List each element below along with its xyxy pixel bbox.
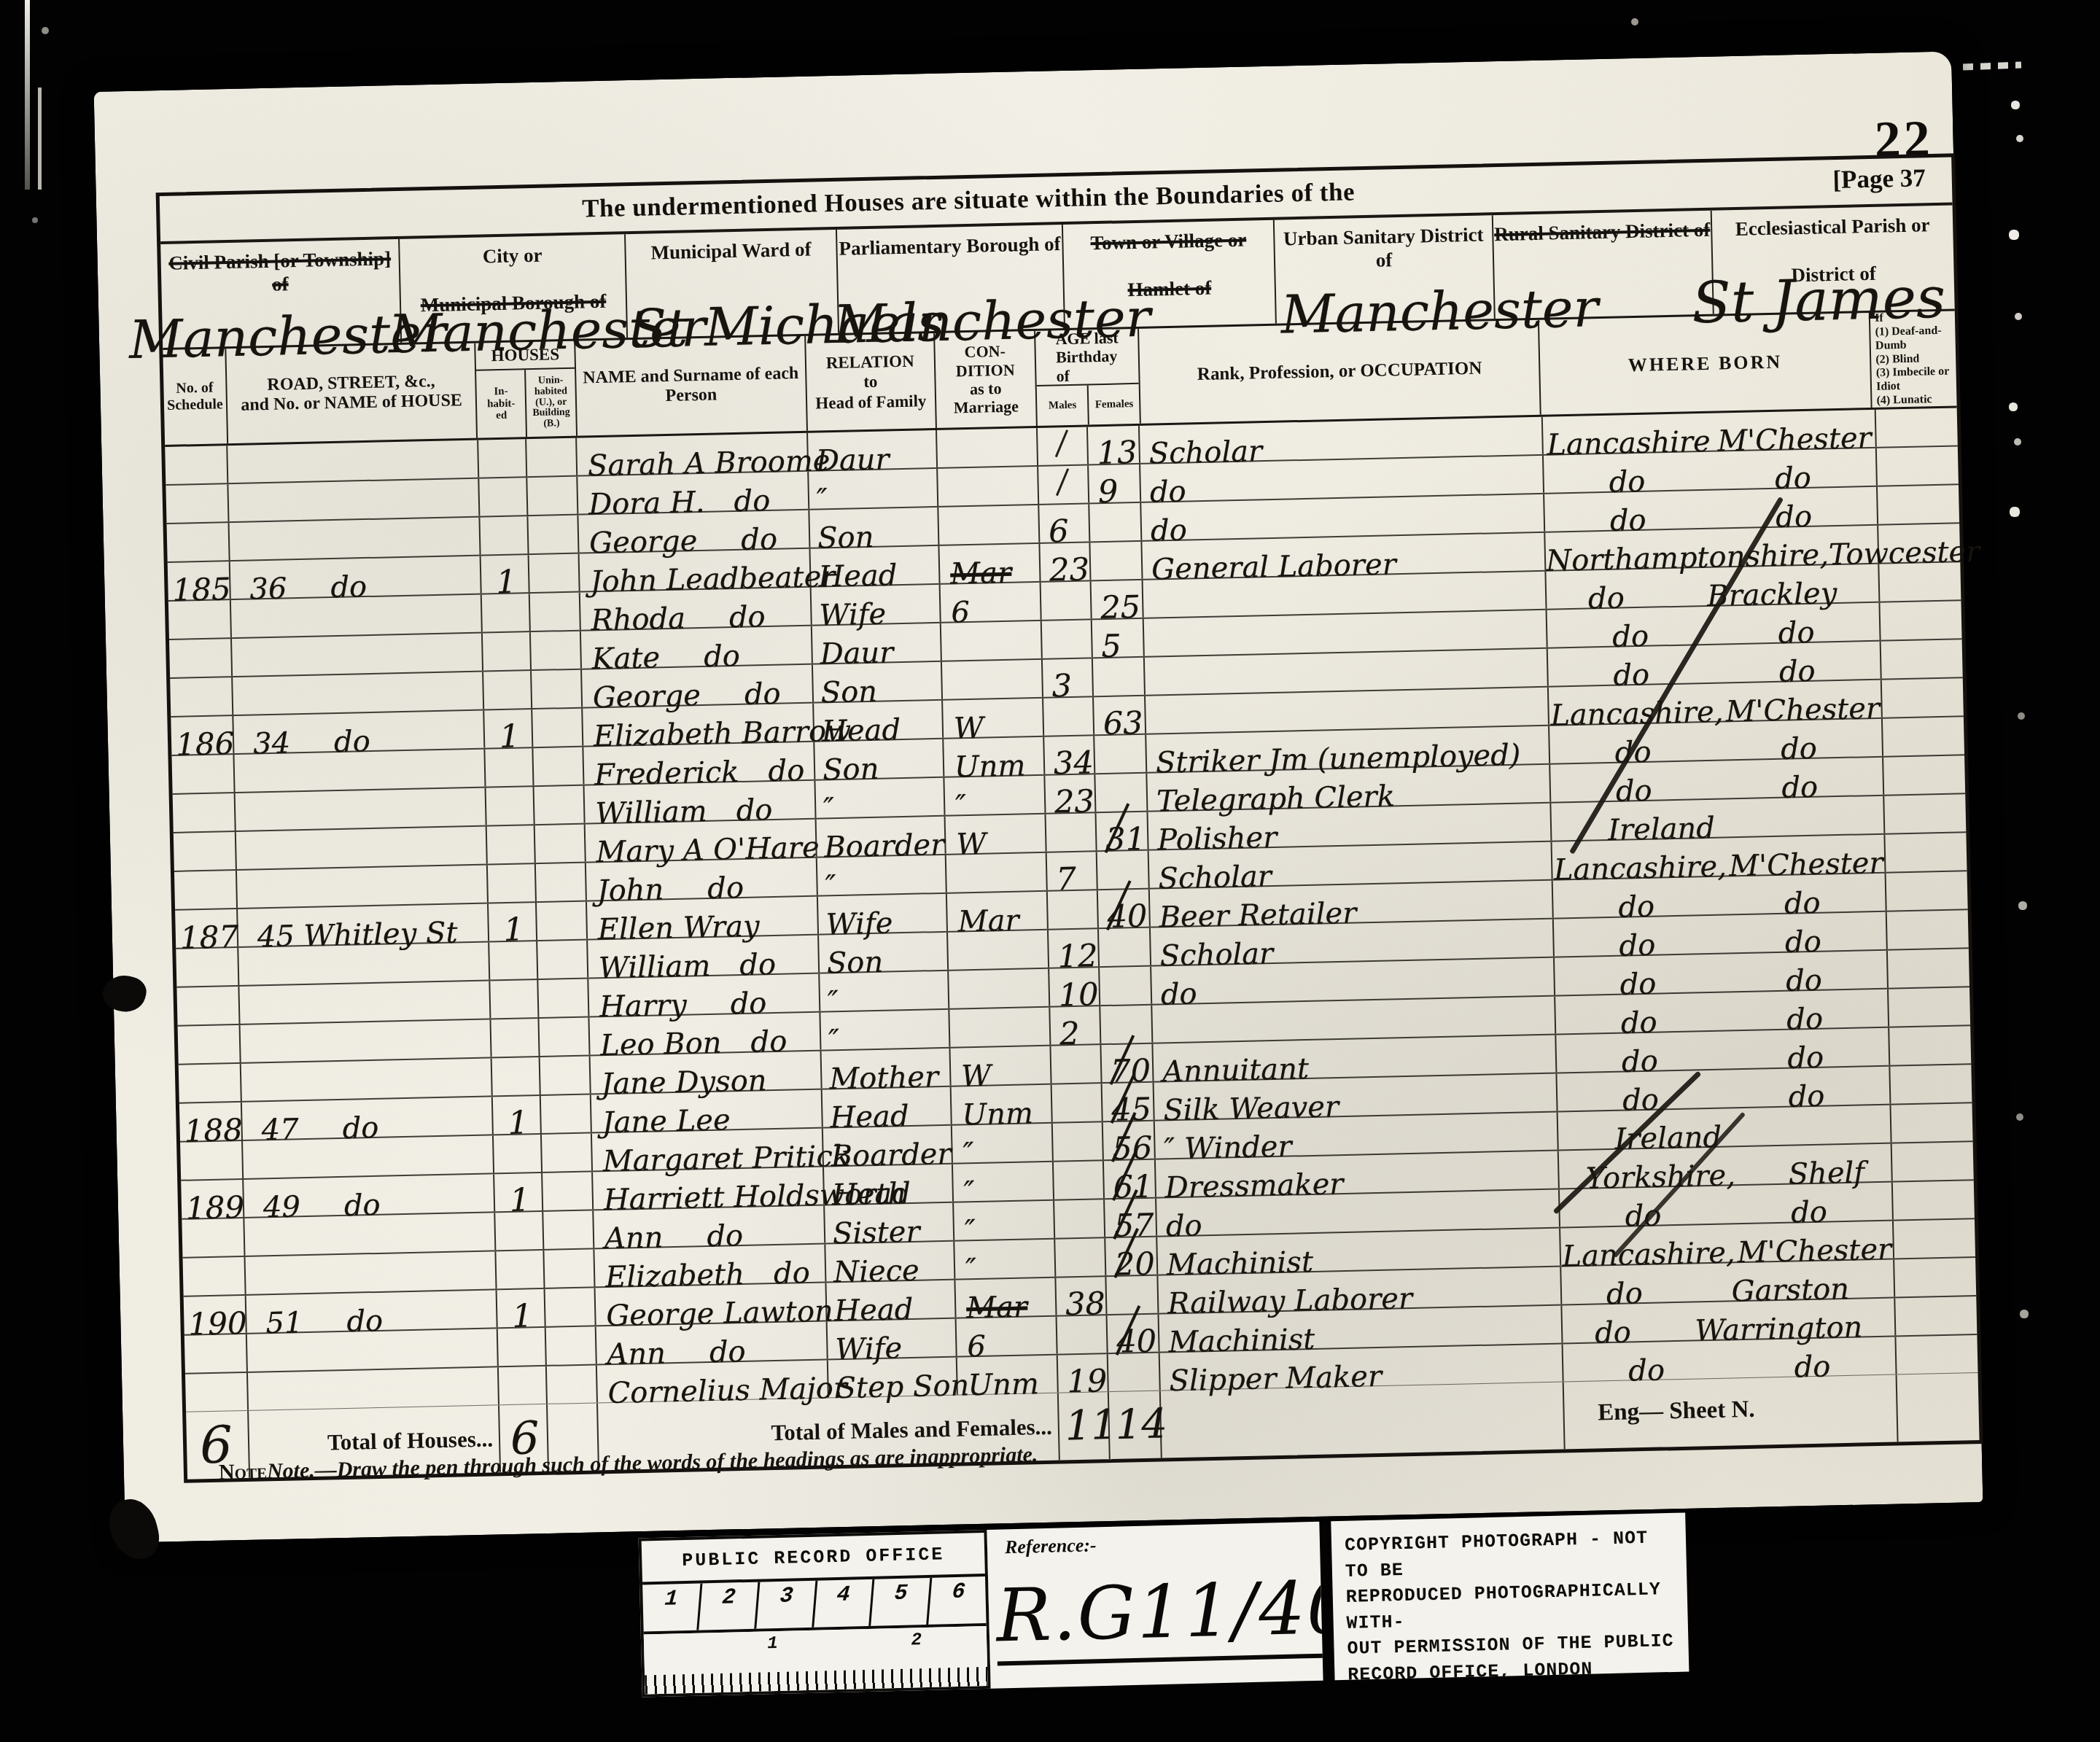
cell-age-female: 63 bbox=[1094, 696, 1146, 735]
cell-uninhabited bbox=[532, 709, 583, 747]
born-county: do bbox=[1618, 894, 1654, 921]
born-county: do bbox=[1588, 585, 1625, 612]
totals-males-cell: 11 bbox=[1059, 1392, 1111, 1460]
cell-condition bbox=[938, 467, 1039, 506]
cell-schedule bbox=[169, 639, 233, 677]
cell-age-male bbox=[1038, 427, 1089, 464]
person-name: William do bbox=[585, 797, 773, 828]
cell-relation: ″ bbox=[820, 1010, 950, 1050]
age-female-value: 13 bbox=[1088, 439, 1137, 468]
cell-schedule: 189 bbox=[181, 1180, 244, 1218]
cell-schedule: 186 bbox=[171, 716, 234, 755]
relation-value: Wife bbox=[828, 1335, 902, 1363]
born-town: do bbox=[1785, 929, 1821, 956]
relation-value: ″ bbox=[809, 486, 828, 513]
cell-road bbox=[227, 440, 479, 483]
district-ecclesiastical: Ecclesiastical Parish or District of St … bbox=[1712, 205, 1955, 314]
person-name: George do bbox=[579, 526, 778, 557]
cell-uninhabited bbox=[529, 554, 580, 592]
cell-age-female bbox=[1095, 774, 1148, 812]
occupation-value: do bbox=[1152, 981, 1197, 1008]
person-name: Jane Lee bbox=[591, 1107, 731, 1136]
cell-inhabited bbox=[478, 439, 527, 477]
age-female-value: 57 bbox=[1105, 1212, 1154, 1241]
film-dots bbox=[0, 0, 3, 3]
ruler-number: 6 bbox=[928, 1576, 987, 1625]
cell-inhabited bbox=[491, 1019, 540, 1057]
born-town: do bbox=[1791, 1199, 1827, 1226]
cell-condition bbox=[942, 660, 1043, 699]
ink-blot bbox=[104, 1494, 164, 1564]
cell-relation: Daur bbox=[808, 430, 938, 470]
occupation-value: General Laborer bbox=[1143, 551, 1396, 583]
occupation-value: Scholar bbox=[1149, 863, 1272, 893]
cell-schedule: 185 bbox=[168, 561, 231, 600]
cell-inhabited bbox=[488, 864, 537, 902]
schedule-number: 185 bbox=[168, 575, 231, 604]
district-label: Civil Parish [or Township] of bbox=[168, 247, 391, 295]
cell-inhabited bbox=[480, 516, 529, 554]
cell-schedule bbox=[174, 832, 237, 871]
occupation-value: Dressmaker bbox=[1156, 1171, 1343, 1202]
cell-occupation bbox=[1144, 610, 1548, 656]
cell-uninhabited bbox=[531, 631, 582, 669]
cell-schedule bbox=[174, 871, 238, 909]
cell-where-born: dodo bbox=[1556, 1028, 1890, 1073]
occupation-value: Railway Laborer bbox=[1159, 1286, 1413, 1318]
cell-where-born: dodo bbox=[1544, 487, 1878, 532]
cell-road bbox=[237, 865, 489, 907]
cell-inhabited bbox=[487, 825, 536, 863]
cell-schedule bbox=[165, 446, 228, 484]
person-name: Ellen Wray bbox=[587, 913, 760, 943]
born-town: Brackley bbox=[1707, 580, 1837, 610]
born-county: do bbox=[1614, 739, 1651, 766]
person-name: Leo Bon do bbox=[590, 1029, 787, 1059]
condition-value: ″ bbox=[953, 1179, 975, 1206]
cell-schedule: 190 bbox=[184, 1296, 247, 1334]
cell-uninhabited bbox=[540, 1056, 591, 1094]
cell-uninhabited bbox=[538, 979, 589, 1017]
born-county: do bbox=[1620, 1010, 1657, 1037]
cell-age-female bbox=[1100, 967, 1152, 1006]
cell-disabilities bbox=[1889, 1026, 1971, 1065]
cell-inhabited: 1 bbox=[484, 709, 533, 747]
age-female-value: 61 bbox=[1104, 1173, 1154, 1202]
age-female-value: 9 bbox=[1089, 478, 1118, 508]
schedule-number: 188 bbox=[179, 1116, 243, 1146]
schedule-number: 186 bbox=[171, 730, 235, 759]
condition-value: Mar bbox=[956, 1294, 1028, 1321]
age-female-value: 31 bbox=[1097, 825, 1146, 855]
cell-disabilities bbox=[1878, 485, 1959, 524]
cell-condition: Mar bbox=[939, 544, 1041, 583]
relation-value: Head bbox=[827, 1296, 914, 1325]
cell-where-born: dodo bbox=[1550, 758, 1884, 802]
cell-road bbox=[241, 1019, 492, 1062]
cell-road bbox=[236, 827, 488, 869]
cell-uninhabited bbox=[527, 477, 578, 515]
col-uninhabited: Unin- habited (U.), or Building (B.) bbox=[526, 369, 576, 437]
born-county: Ireland bbox=[1614, 1124, 1722, 1153]
cell-road bbox=[241, 1058, 493, 1100]
reference-area: Reference:- R.G11/4001. bbox=[987, 1522, 1323, 1689]
relation-value: Son bbox=[813, 679, 877, 707]
cell-disabilities bbox=[1889, 987, 1970, 1026]
cell-disabilities bbox=[1888, 949, 1969, 987]
born-town: M'Chester bbox=[1737, 1237, 1891, 1267]
ruler-number: 4 bbox=[814, 1579, 875, 1628]
cell-schedule bbox=[178, 1025, 241, 1064]
cell-uninhabited bbox=[533, 747, 584, 785]
cell-where-born: Northamptonshire,Towcester bbox=[1545, 526, 1879, 570]
cell-inhabited: 1 bbox=[493, 1096, 542, 1134]
age-female-value: 5 bbox=[1092, 633, 1121, 662]
relation-value: Wife bbox=[812, 602, 886, 629]
cell-schedule: 188 bbox=[179, 1103, 243, 1141]
cell-road: 45 Whitley St bbox=[238, 903, 489, 946]
occupation-value: Slipper Maker bbox=[1160, 1364, 1382, 1395]
age-male-value: 2 bbox=[1051, 1020, 1080, 1049]
cell-uninhabited bbox=[526, 438, 577, 476]
age-male-value: 19 bbox=[1058, 1367, 1108, 1396]
ink-blot bbox=[99, 970, 150, 1017]
cell-uninhabited bbox=[537, 902, 588, 940]
cell-disabilities bbox=[1881, 639, 1963, 678]
born-town: Garston bbox=[1731, 1276, 1849, 1305]
person-name: Ann do bbox=[596, 1339, 746, 1368]
cell-age-male bbox=[1052, 1084, 1103, 1121]
cell-occupation: Annuitant bbox=[1153, 1035, 1557, 1081]
age-male-value: 23 bbox=[1041, 556, 1090, 586]
condition-value: Mar bbox=[940, 560, 1012, 588]
cell-inhabited: 1 bbox=[497, 1289, 546, 1327]
cell-occupation bbox=[1145, 649, 1549, 695]
condition-value: Unm bbox=[957, 1371, 1039, 1399]
cell-condition bbox=[937, 428, 1038, 467]
film-edge-artifact bbox=[25, 0, 30, 190]
cell-occupation: Scholar bbox=[1140, 417, 1544, 463]
cell-disabilities bbox=[1895, 1296, 1977, 1335]
cell-condition bbox=[938, 505, 1040, 545]
occupation-value: Machinist bbox=[1158, 1249, 1314, 1279]
copyright-line: COPYRIGHT PHOTOGRAPH - NOT TO BE bbox=[1345, 1525, 1676, 1584]
district-urban-sanitary: Urban Sanitary District of Manchester bbox=[1275, 215, 1496, 324]
relation-value: ″ bbox=[821, 1027, 840, 1054]
cell-age-female: 40 bbox=[1098, 890, 1151, 928]
cell-schedule: 187 bbox=[175, 909, 238, 948]
cell-inhabited bbox=[486, 787, 535, 825]
born-county: do bbox=[1622, 1049, 1658, 1076]
born-town: Warrington bbox=[1695, 1315, 1863, 1345]
born-county: Lancashire bbox=[1547, 429, 1711, 459]
person-name: George Lawton bbox=[596, 1298, 833, 1329]
cell-inhabited: 1 bbox=[494, 1173, 543, 1211]
relation-value: ″ bbox=[820, 989, 839, 1016]
person-name: Elizabeth do bbox=[595, 1260, 810, 1291]
cell-where-born: Lancashire,M'Chester bbox=[1552, 835, 1886, 879]
age-female-value: 20 bbox=[1106, 1251, 1156, 1280]
cell-age-male bbox=[1042, 620, 1093, 658]
district-label: Ecclesiastical Parish or bbox=[1735, 214, 1930, 240]
cell-inhabited: 1 bbox=[481, 555, 530, 593]
cell-relation: Mother bbox=[822, 1049, 952, 1089]
cell-age-female bbox=[1090, 542, 1143, 580]
cell-inhabited bbox=[483, 632, 532, 670]
cell-where-born: dodo bbox=[1554, 912, 1888, 957]
cell-disabilities bbox=[1886, 871, 1968, 910]
cell-condition: W bbox=[943, 699, 1044, 738]
cell-condition: W bbox=[950, 1046, 1051, 1086]
total-houses-label: Total of Houses... bbox=[249, 1426, 499, 1457]
district-label: Urban Sanitary District of bbox=[1283, 224, 1484, 272]
cell-inhabited bbox=[490, 980, 539, 1018]
cell-disabilities bbox=[1894, 1258, 1976, 1296]
born-town: M'Chester bbox=[1717, 425, 1872, 455]
cell-road bbox=[248, 1367, 499, 1409]
person-name: George do bbox=[583, 681, 782, 712]
person-name: Cornelius Major bbox=[597, 1375, 847, 1407]
reference-label: Reference:- bbox=[1005, 1534, 1097, 1558]
col-inhabited: In- habit- ed bbox=[476, 370, 527, 438]
public-record-office-stamp: PUBLIC RECORD OFFICE 1 2 3 4 5 6 1 2 bbox=[639, 1530, 991, 1698]
schedule-number: 190 bbox=[184, 1310, 247, 1339]
born-county: do bbox=[1619, 933, 1655, 960]
cell-age-male: 7 bbox=[1047, 852, 1098, 890]
age-male-value: 23 bbox=[1046, 788, 1095, 817]
cell-uninhabited bbox=[543, 1210, 594, 1248]
cell-schedule bbox=[185, 1373, 249, 1412]
born-town: M'Chester bbox=[1729, 850, 1883, 880]
cell-age-female: 40 bbox=[1108, 1315, 1160, 1353]
cell-where-born: dodo bbox=[1557, 1067, 1891, 1111]
occupation-value: Beer Retailer bbox=[1150, 901, 1356, 931]
condition-value: Unm bbox=[952, 1100, 1033, 1128]
cell-age-male bbox=[1055, 1238, 1106, 1276]
cell-age-male: 12 bbox=[1049, 929, 1100, 967]
cell-condition: Mar bbox=[947, 892, 1049, 931]
page-number-label: [Page 37 bbox=[1832, 163, 1926, 195]
born-town: do bbox=[1786, 1006, 1823, 1033]
born-town: do bbox=[1779, 658, 1816, 685]
relation-value: Boarder bbox=[817, 832, 945, 861]
cell-occupation: Striker Jm (unemployed) bbox=[1146, 726, 1550, 772]
cell-disabilities bbox=[1882, 678, 1964, 717]
relation-value: ″ bbox=[816, 796, 835, 823]
born-town: do bbox=[1781, 774, 1818, 801]
born-county: do bbox=[1606, 1280, 1643, 1307]
condition-value: ″ bbox=[954, 1218, 976, 1245]
cell-age-female: 13 bbox=[1088, 426, 1140, 464]
cell-road: 36 do bbox=[230, 556, 482, 599]
born-county: do bbox=[1616, 778, 1652, 805]
cell-age-male bbox=[1054, 1199, 1105, 1237]
occupation-value: do bbox=[1142, 517, 1187, 544]
cell-relation: Son bbox=[809, 508, 939, 548]
cell-uninhabited bbox=[534, 786, 586, 824]
cell-condition bbox=[949, 969, 1050, 1008]
relation-value: Sister bbox=[825, 1219, 920, 1248]
cell-age-female: 31 bbox=[1097, 812, 1149, 851]
cell-disabilities bbox=[1876, 408, 1958, 446]
cell-occupation: General Laborer bbox=[1142, 533, 1546, 579]
ruler-lower-number: 2 bbox=[911, 1630, 922, 1650]
film-edge-artifact bbox=[38, 88, 42, 190]
road-value: 45 Whitley St bbox=[238, 919, 458, 951]
ruler-ticks: 1 2 bbox=[644, 1626, 988, 1694]
inhabited-value: 1 bbox=[485, 723, 521, 753]
totals-females-cell: 14 bbox=[1109, 1391, 1162, 1460]
road-value: 49 do bbox=[244, 1192, 381, 1221]
cell-disabilities bbox=[1893, 1181, 1975, 1219]
cell-disabilities bbox=[1890, 1065, 1972, 1103]
born-county: do bbox=[1625, 1203, 1661, 1230]
born-county: do bbox=[1612, 623, 1649, 650]
ruler-scale: 1 2 3 4 5 6 bbox=[642, 1576, 987, 1634]
age-female-value: 70 bbox=[1102, 1057, 1151, 1086]
cell-inhabited: 1 bbox=[489, 903, 537, 941]
cell-road bbox=[239, 981, 491, 1023]
inhabited-value: 1 bbox=[494, 1186, 530, 1216]
occupation-value: Scholar bbox=[1140, 438, 1262, 467]
ruler-lower-number: 1 bbox=[767, 1634, 778, 1654]
age-female-value: 40 bbox=[1098, 903, 1148, 932]
totals-disabilities-cell bbox=[1897, 1373, 1980, 1442]
cell-disabilities bbox=[1891, 1103, 1972, 1142]
person-name: John Leadbeater bbox=[580, 564, 836, 596]
age-female-value: 56 bbox=[1103, 1135, 1153, 1164]
cell-age-female: 25 bbox=[1092, 580, 1144, 619]
cell-uninhabited bbox=[537, 941, 588, 979]
census-scan: 22 The undermentioned Houses are situate… bbox=[0, 0, 2100, 1742]
person-name: Margaret Pritick bbox=[592, 1143, 850, 1175]
census-page: 22 The undermentioned Houses are situate… bbox=[94, 51, 1983, 1542]
born-county: Lancashire, bbox=[1550, 699, 1724, 728]
cell-age-male bbox=[1053, 1122, 1104, 1160]
district-parliamentary-borough: Parliamentary Borough of Manchester bbox=[837, 225, 1065, 333]
occupation-value: Scholar bbox=[1151, 941, 1273, 970]
person-name: William do bbox=[588, 952, 777, 982]
cell-uninhabited bbox=[535, 825, 586, 863]
born-county: do bbox=[1622, 1087, 1659, 1114]
census-sheet: The undermentioned Houses are situate wi… bbox=[156, 153, 1983, 1482]
cell-inhabited bbox=[492, 1057, 541, 1095]
cell-occupation bbox=[1146, 688, 1549, 734]
born-town: M'Chester bbox=[1725, 696, 1880, 726]
person-name: Harry do bbox=[589, 990, 767, 1020]
condition-value: W bbox=[946, 831, 987, 858]
born-town: do bbox=[1784, 890, 1820, 917]
road-value: 51 do bbox=[246, 1308, 383, 1337]
ruler-number: 5 bbox=[871, 1578, 933, 1626]
relation-value: Son bbox=[820, 949, 884, 977]
ruler-number: 1 bbox=[641, 1583, 702, 1631]
cell-disabilities bbox=[1892, 1142, 1974, 1181]
district-label: Parliamentary Borough of bbox=[839, 233, 1061, 260]
cell-disabilities bbox=[1885, 833, 1967, 871]
relation-value: ″ bbox=[817, 873, 836, 900]
person-name: Rhoda do bbox=[580, 604, 766, 634]
person-name: Mary A O'Hare bbox=[586, 835, 820, 866]
district-value: Manchester bbox=[1280, 281, 1599, 341]
age-female-value: 40 bbox=[1108, 1328, 1157, 1357]
born-county: Lancashire, bbox=[1554, 853, 1727, 883]
born-county: do bbox=[1609, 469, 1645, 496]
born-county: do bbox=[1609, 508, 1646, 534]
cell-occupation: do bbox=[1141, 494, 1545, 540]
road-value: 47 do bbox=[242, 1115, 378, 1144]
district-value: Manchester bbox=[833, 291, 1151, 350]
inhabited-value: 1 bbox=[497, 1302, 533, 1332]
born-town: do bbox=[1787, 1045, 1824, 1072]
cell-uninhabited bbox=[544, 1249, 595, 1287]
born-county: do bbox=[1613, 662, 1649, 689]
cell-where-born: Lancashire,M'Chester bbox=[1549, 680, 1883, 725]
cell-uninhabited bbox=[547, 1365, 598, 1403]
cell-disabilities bbox=[1887, 910, 1969, 949]
age-female-value: 63 bbox=[1094, 709, 1143, 739]
relation-value: Daur bbox=[808, 446, 890, 474]
cell-age-male: 3 bbox=[1043, 658, 1094, 696]
road-value: 36 do bbox=[230, 574, 367, 603]
cell-disabilities bbox=[1883, 717, 1964, 755]
cell-schedule bbox=[176, 987, 240, 1025]
born-town: do bbox=[1781, 736, 1817, 763]
cell-road bbox=[232, 634, 483, 676]
condition-value: 6 bbox=[941, 599, 970, 626]
born-town: do bbox=[1788, 1084, 1824, 1111]
person-name: Jane Dyson bbox=[591, 1068, 767, 1097]
age-female-value: 25 bbox=[1092, 594, 1141, 623]
cell-age-male: 34 bbox=[1044, 736, 1095, 774]
inhabited-value: 1 bbox=[493, 1109, 529, 1139]
cell-schedule bbox=[167, 523, 230, 561]
person-name: Kate do bbox=[581, 643, 740, 673]
age-male-value: 12 bbox=[1049, 943, 1098, 972]
born-county: Yorkshire, bbox=[1586, 1162, 1736, 1191]
cell-occupation: Machinist bbox=[1157, 1229, 1561, 1275]
born-county: do bbox=[1619, 971, 1656, 998]
relation-value: Daur bbox=[812, 639, 894, 667]
district-city-borough: City or Municipal Borough of Manchester bbox=[400, 234, 628, 343]
age-male-value: 7 bbox=[1047, 866, 1076, 895]
cell-inhabited bbox=[499, 1366, 548, 1404]
relation-value: Head bbox=[822, 1103, 909, 1132]
film-edge-dashes bbox=[1963, 62, 2021, 71]
copyright-stamp: COPYRIGHT PHOTOGRAPH - NOT TO BE REPRODU… bbox=[1331, 1512, 1689, 1680]
cell-road: 49 do bbox=[244, 1174, 495, 1216]
age-female-value: 45 bbox=[1102, 1096, 1152, 1125]
person-name: Ann do bbox=[594, 1223, 744, 1252]
born-county: Northamptonshire, bbox=[1546, 542, 1829, 574]
cell-inhabited bbox=[496, 1251, 545, 1288]
relation-value: Head bbox=[814, 717, 901, 745]
cell-uninhabited bbox=[532, 670, 583, 708]
cell-uninhabited bbox=[528, 516, 579, 553]
cell-age-male: 38 bbox=[1056, 1277, 1107, 1315]
age-male-value: 38 bbox=[1057, 1290, 1106, 1319]
cell-disabilities bbox=[1896, 1335, 1977, 1374]
table-body: Sarah A Broome Daur 13 Scholar Lancashir… bbox=[165, 408, 1977, 1411]
copyright-line: REPRODUCED PHOTOGRAPHICALLY WITH- bbox=[1345, 1576, 1676, 1636]
relation-value: Niece bbox=[826, 1258, 919, 1286]
relation-value: Boarder bbox=[823, 1141, 952, 1170]
born-town: do bbox=[1776, 504, 1812, 531]
reference-value: R.G11/4001. bbox=[995, 1559, 1323, 1666]
cell-where-born: dodo bbox=[1548, 642, 1882, 686]
born-town: do bbox=[1786, 968, 1822, 995]
occupation-value: do bbox=[1157, 1213, 1202, 1240]
